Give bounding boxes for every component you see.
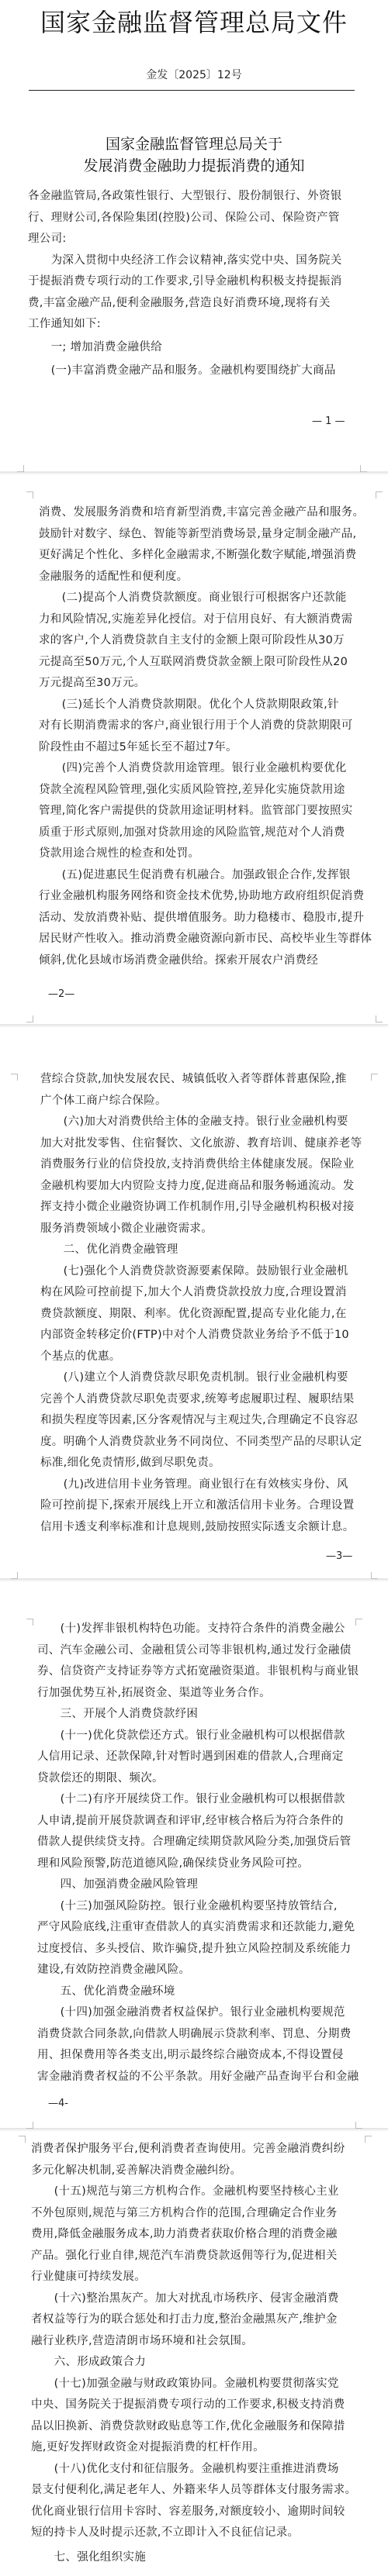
text-line: 内部资金转移定价(FTP)中对个人消费贷款业务给予不低于10 — [40, 1325, 362, 1347]
text-line: 不外包原则,规范与第三方机构合作的范围,合理确定合作业务 — [31, 2203, 356, 2225]
text-line: 中央、国务院关于提振消费专项行动的工作要求,积极支持消费 — [31, 2395, 356, 2416]
document-page-2: 消费、发展服务消费和培育新型消费,丰富完善金融产品和服务。 鼓励针对数字、绿色、… — [0, 474, 388, 1026]
text-line: 度。明确个人消费贷款业务不同岗位、不同类型产品的尽职认定 — [40, 1432, 362, 1454]
text-line: 景支付便利化,满足老年人、外籍来华人员等群体支付服务需求。 — [31, 2480, 356, 2502]
page-2-body: 消费、发展服务消费和培育新型消费,丰富完善金融产品和服务。 鼓励针对数字、绿色、… — [39, 502, 372, 971]
text-line: 和损失程度等因素,区分客观情况与主观过失,合理确定不良容忍 — [40, 1410, 362, 1432]
text-line: 阶段性由不超过5年延长至不超过7年。 — [39, 737, 372, 759]
text-line: 产品。强化行业自律,规范汽车消费贷款返佣等行为,促进相关 — [31, 2246, 356, 2267]
header-divider — [29, 90, 355, 91]
margin-mark — [26, 491, 33, 498]
text-line: 金融机构要加大内贸险支持力度,促进商品和服务畅通流动。发 — [40, 1176, 362, 1198]
text-line: (四)完善个人消费贷款用途管理。银行业金融机构要优化 — [39, 758, 372, 780]
margin-mark — [371, 1074, 378, 1081]
text-line: 居民财产性收入。推动消费金融资源向新市民、高校毕业生等群体 — [39, 929, 372, 950]
section-heading: 五、优化消费金融环境 — [37, 1981, 359, 2003]
text-line: 费用,降低金融服务成本,助力消费者获取价格合理的消费金融 — [31, 2224, 356, 2246]
notice-title: 国家金融监督管理总局关于 发展消费金融助力提振消费的通知 — [0, 133, 388, 177]
margin-mark — [355, 2122, 362, 2129]
margin-mark — [17, 465, 24, 472]
text-line: (十二)有序开展续贷工作。银行业金融机构可以根据借款 — [37, 1789, 359, 1811]
text-line: (三)延长个人消费贷款期限。优化个人贷款期限政策,针 — [39, 695, 372, 716]
text-line: 融行业秩序,营造清朗市场环境和社会氛围。 — [31, 2331, 356, 2353]
margin-mark — [365, 2136, 372, 2143]
page-1-body: 各金融监管局,各政策性银行、大型银行、股份制银行、外资银 行、理财公司,各保险集… — [28, 186, 342, 382]
text-line: 营综合贷款,加快发展农民、城镇低收入者等群体普惠保险,推 — [40, 1069, 362, 1091]
text-line: (二)提高个人消费贷款额度。商业银行可根据客户还款能 — [39, 588, 372, 609]
text-line: 更好满足个性化、多样化金融需求,不断强化数字赋能,增强消费 — [39, 545, 372, 567]
text-line: 消费服务行业的信贷投放,支持消费供给主体健康发展。保险业 — [40, 1154, 362, 1176]
text-line: 行业金融机构服务网络和资金技术优势,协助地方政府组织促消费 — [39, 886, 372, 908]
margin-mark — [376, 1016, 383, 1022]
text-line: 力和风险情况,实施差异化授信。对于信用良好、有大额消费需 — [39, 609, 372, 631]
text-line: 者权益等行为的联合惩处和打击力度,整治金融黑灰产,维护金 — [31, 2309, 356, 2331]
page-number: —4- — [48, 2098, 68, 2109]
document-page-3: 营综合贷款,加快发展农民、城镇低收入者等群体普惠保险,推 广个体工商户综合保险。… — [0, 1027, 388, 1580]
text-line: 完善个人消费贷款尽职免责要求,统筹考虑履职过程、履职结果 — [40, 1389, 362, 1411]
text-line: 司、汽车金融公司、金融租赁公司等非银机构,通过发行金融债 — [37, 1640, 359, 1662]
text-line: (十三)加强风险防控。银行业金融机构要坚持放管结合, — [37, 1896, 359, 1918]
text-line: 鼓励针对数字、绿色、智能等新型消费场景,量身定制金融产品, — [39, 524, 372, 546]
text-line: 万元提高至30万元。 — [39, 673, 372, 695]
text-line: 贷款偿还的期限、频次。 — [37, 1768, 359, 1790]
margin-mark — [11, 1074, 18, 1081]
text-line: 行业健康可持续发展。 — [31, 2267, 356, 2288]
page-3-body: 营综合贷款,加快发展农民、城镇低收入者等群体普惠保险,推 广个体工商户综合保险。… — [40, 1069, 362, 1538]
issuer-title: 国家金融监督管理总局文件 — [0, 3, 388, 39]
notice-title-line-1: 国家金融监督管理总局关于 — [0, 133, 388, 155]
page-5-body: 消费者保护服务平台,便利消费者查询使用。完善金融消费纠纷 多元化解决机制,妥善解… — [31, 2139, 356, 2568]
text-line: 严守风险底线,注重审查借款人的真实消费需求和还款能力,避免 — [37, 1917, 359, 1939]
text-line: 优化商业银行信用卡容时、容差服务,对额度较小、逾期时间较 — [31, 2502, 356, 2523]
text-line: 借款人提供续贷支持。合理确定续期贷款风险分类,加强贷后管 — [37, 1832, 359, 1854]
text-line: 元提高至50万元,个人互联网消费贷款金额上限可阶段性从20 — [39, 652, 372, 674]
section-heading: 七、强化组织实施 — [31, 2547, 356, 2569]
section-heading: 六、形成政策合力 — [31, 2352, 356, 2374]
page-number: —2— — [48, 988, 74, 1000]
document-page-4: (十)发挥非银机构特色功能。支持符合条件的消费金融公 司、汽车金融公司、金融租赁… — [0, 1581, 388, 2129]
text-line: 券、信贷资产支持证券等方式拓宽融资渠道。非银机构与商业银 — [37, 1661, 359, 1683]
page-number: —3— — [326, 1550, 352, 1562]
text-line: 求的客户,个人消费贷款自主支付的金额上限可阶段性从30万 — [39, 630, 372, 652]
section-heading: 三、开展个人消费贷款纾困 — [37, 1704, 359, 1726]
text-line: (十)发挥非银机构特色功能。支持符合条件的消费金融公 — [37, 1619, 359, 1640]
text-line: 贷款全流程风险管理,强化实质风险管控,差异化实施贷款用途 — [39, 780, 372, 802]
text-line: 构在风险可控前提下,加大个人消费贷款投放力度,合理设置消 — [40, 1282, 362, 1304]
text-line: 消费贷款合同条款,向借款人明确展示贷款利率、罚息、分期费 — [37, 2024, 359, 2046]
text-line: 消费、发展服务消费和培育新型消费,丰富完善金融产品和服务。 — [39, 502, 372, 524]
text-line: 人信用记录、还款保障,针对暂时遇到困难的借款人,合理商定 — [37, 1747, 359, 1768]
text-line: 活动、发放消费补贴、提供增值服务。助力稳楼市、稳股市,提升 — [39, 908, 372, 929]
document-page-1: 国家金融监督管理总局文件 金发〔2025〕12号 国家金融监督管理总局关于 发展… — [0, 0, 388, 473]
margin-mark — [371, 1572, 378, 1579]
section-heading: 二、优化消费金融管理 — [40, 1240, 362, 1261]
text-line: 标准,细化免责情形,做到尽职免责。 — [40, 1453, 362, 1474]
margin-mark — [26, 2122, 33, 2129]
text-line: (十六)整治黑灰产。加大对扰乱市场秩序、侵害金融消费 — [31, 2288, 356, 2310]
text-line: 短的持卡人及时提示还款,不立即计入不良征信记录。 — [31, 2523, 356, 2544]
text-line: 消费者保护服务平台,便利消费者查询使用。完善金融消费纠纷 — [31, 2139, 356, 2160]
text-line: 倾斜,优化县域市场消费金融供给。探索开展农户消费经 — [39, 950, 372, 972]
text-line: 行加强优势互补,拓展资金、渠道等业务合作。 — [37, 1683, 359, 1705]
text-line: 贷款用途合规性的检查和处罚。 — [39, 843, 372, 865]
text-line: 过度授信、多头授信、欺诈骗贷,提升独立风险控制及系统能力 — [37, 1939, 359, 1960]
text-line: 个基点的优惠。 — [40, 1347, 362, 1368]
text-line: 费贷款额度、期限、利率。优化资源配置,提高专业化能力,在 — [40, 1304, 362, 1326]
section-heading: 一; 增加消费金融供给 — [28, 336, 342, 359]
text-line: (六)加大对消费供给主体的金融支持。银行业金融机构要 — [40, 1112, 362, 1133]
text-line: 服务消费领域小微企业融资需求。 — [40, 1219, 362, 1240]
text-line: (十五)规范与第三方机构合作。金融机构要坚持核心主业 — [31, 2181, 356, 2203]
margin-mark — [26, 1016, 33, 1022]
text-line: 广个体工商户综合保险。 — [40, 1091, 362, 1112]
text-line: 挥支持小微企业融资协调工作机制作用,引导金融机构积极对接 — [40, 1197, 362, 1219]
text-line: (十八)优化支付和征信服务。金融机构要注重推进消费场 — [31, 2459, 356, 2481]
text-line: 建设,有效防控消费金融风险。 — [37, 1960, 359, 1981]
notice-title-line-2: 发展消费金融助力提振消费的通知 — [0, 155, 388, 177]
text-line: (五)促进惠民生促消费有机融合。加强政银企合作,发挥银 — [39, 865, 372, 887]
text-line: 各金融监管局,各政策性银行、大型银行、股份制银行、外资银 — [28, 186, 342, 208]
margin-mark — [11, 1572, 18, 1579]
text-line: 理公司: — [28, 229, 342, 250]
text-line: 品以旧换新、消费贷款财政贴息等工作,优化金融服务和保障措 — [31, 2416, 356, 2438]
text-line: 害金融消费者权益的不公平条款。用好金融产品查询平台和金融 — [37, 2067, 359, 2088]
document-page-5: 消费者保护服务平台,便利消费者查询使用。完善金融消费纠纷 多元化解决机制,妥善解… — [0, 2131, 388, 2576]
page-number: — 1 — — [312, 416, 345, 427]
text-line: (十七)加强金融与财政政策协同。金融机构要贯彻落实党 — [31, 2374, 356, 2395]
text-line: 金融服务的适配性和便利度。 — [39, 567, 372, 588]
text-line: 管理,简化客户需提供的贷款用途证明材料。监管部门要按照实 — [39, 801, 372, 822]
text-line: 质重于形式原则,加强对贷款用途的风险监管,规范对个人消费 — [39, 822, 372, 844]
text-line: (九)改进信用卡业务管理。商业银行在有效核实身份、风 — [40, 1474, 362, 1496]
margin-mark — [26, 1619, 33, 1626]
text-line: 险可控前提下,探索开展线上开立和激活信用卡业务。合理设置 — [40, 1495, 362, 1517]
text-line: 用、担保费用等各类支出,明示最终综合融资成本,不得设置侵 — [37, 2045, 359, 2067]
text-line: (七)强化个人消费贷款资源要素保障。鼓励银行业金融机 — [40, 1261, 362, 1283]
text-line: (十四)加强金融消费者权益保护。银行业金融机构要规范 — [37, 2002, 359, 2024]
text-line: 人申请,提前开展贷款调查和评审,经审核合格后为符合条件的 — [37, 1811, 359, 1833]
text-line: 施,更好发挥财政资金对提振消费的杠杆作用。 — [31, 2437, 356, 2459]
section-heading: 四、加强消费金融风险管理 — [37, 1874, 359, 1896]
margin-mark — [376, 491, 383, 498]
text-line: 工作通知如下: — [28, 314, 342, 336]
text-line: 多元化解决机制,妥善解决消费金融纠纷。 — [31, 2160, 356, 2182]
text-line: 对有长期消费需求的客户,商业银行用于个人消费的贷款期限可 — [39, 716, 372, 737]
margin-mark — [360, 465, 367, 472]
text-line: 加大对批发零售、住宿餐饮、文化旅游、教育培训、健康养老等 — [40, 1133, 362, 1155]
text-line: 于提振消费专项行动的工作要求,引导金融机构积极支持提振消 — [28, 271, 342, 293]
text-line: 费,丰富金融产品,便利金融服务,营造良好消费环境,现将有关 — [28, 293, 342, 315]
document-number: 金发〔2025〕12号 — [0, 67, 388, 82]
margin-mark — [19, 2136, 26, 2143]
text-line: (十一)优化贷款偿还方式。银行业金融机构可以根据借款 — [37, 1726, 359, 1747]
text-line: (一)丰富消费金融产品和服务。金融机构要围绕扩大商品 — [28, 359, 342, 382]
page-4-body: (十)发挥非银机构特色功能。支持符合条件的消费金融公 司、汽车金融公司、金融租赁… — [37, 1619, 359, 2088]
text-line: 理和风险预警,防范道德风险,确保续贷业务风险可控。 — [37, 1854, 359, 1875]
text-line: 行、理财公司,各保险集团(控股)公司、保险公司、保险资产管 — [28, 208, 342, 229]
text-line: 为深入贯彻中央经济工作会议精神,落实党中央、国务院关 — [28, 250, 342, 272]
text-line: (八)建立个人消费贷款尽职免责机制。银行业金融机构要 — [40, 1367, 362, 1389]
text-line: 信用卡透支利率标准和计息规则,鼓励按照实际透支余额计息。 — [40, 1517, 362, 1539]
